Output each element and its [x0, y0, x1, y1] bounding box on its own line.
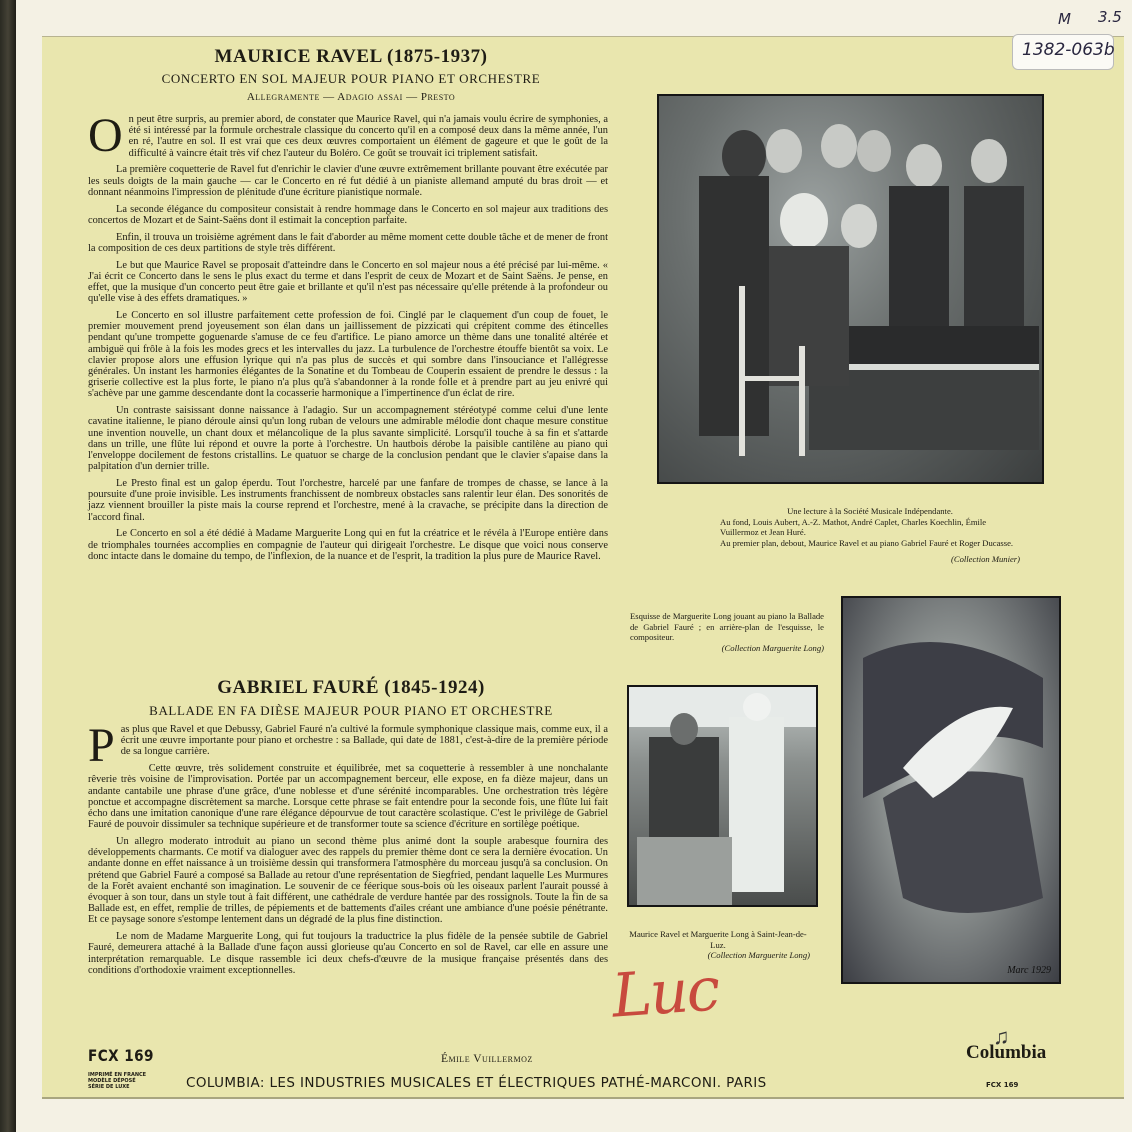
ravel-heading: MAURICE RAVEL (1875-1937) — [82, 46, 620, 68]
ravel-paragraph: Le Concerto en sol illustre parfaitement… — [88, 310, 608, 400]
columbia-logo: Columbia — [966, 1042, 1046, 1064]
publisher-footer: COLUMBIA: LES INDUSTRIES MUSICALES ET ÉL… — [186, 1075, 767, 1091]
ravel-notes: On peut être surpris, au premier abord, … — [88, 114, 608, 568]
logo-catalog-number: FCX 169 — [986, 1081, 1018, 1089]
faure-notes: Pas plus que Ravel et que Debussy, Gabri… — [88, 724, 608, 982]
ravel-paragraph: Un contraste saisissant donne naissance … — [88, 405, 608, 472]
ravel-movements: Allegramente — Adagio assai — Presto — [82, 91, 620, 103]
faure-paragraph: Un allegro moderato introduit au piano u… — [88, 836, 608, 926]
handwritten-note-left: M — [1058, 10, 1071, 28]
sticker-code: 1382-063b — [1022, 40, 1115, 60]
handwritten-signature: Luc — [610, 954, 721, 1031]
faure-paragraph: Le nom de Madame Marguerite Long, qui fu… — [88, 931, 608, 976]
ravel-paragraph: Le Concerto en sol a été dédié à Madame … — [88, 528, 608, 562]
piano-group-photo-icon — [659, 96, 1042, 482]
sleeve-spine-edge — [0, 0, 16, 1132]
ravel-paragraph: La seconde élégance du compositeur consi… — [88, 204, 608, 226]
dropcap: O — [88, 116, 123, 156]
beach-photo-icon — [629, 687, 816, 905]
catalog-number: FCX 169 — [88, 1046, 154, 1065]
ravel-paragraph: Enfin, il trouva un troisième agrément d… — [88, 232, 608, 254]
handwritten-note-right: 3.5 — [1098, 8, 1122, 26]
ravel-paragraph: La première coquetterie de Ravel fut d'e… — [88, 164, 608, 198]
ravel-paragraph: Le but que Maurice Ravel se proposait d'… — [88, 260, 608, 305]
ravel-paragraph: Le Presto final est un galop éperdu. Tou… — [88, 478, 608, 523]
faure-work-title: BALLADE EN FA DIÈSE MAJEUR POUR PIANO ET… — [82, 703, 620, 719]
photo-saint-jean-de-luz — [627, 685, 818, 907]
faure-paragraph: Pas plus que Ravel et que Debussy, Gabri… — [88, 724, 608, 758]
ravel-work-title: CONCERTO EN SOL MAJEUR POUR PIANO ET ORC… — [82, 71, 620, 87]
ravel-paragraph: On peut être surpris, au premier abord, … — [88, 114, 608, 159]
sketch-marguerite-long: Marc 1929 — [841, 596, 1061, 984]
faure-heading: GABRIEL FAURÉ (1845-1924) — [82, 677, 620, 699]
author-signature: Émile Vuillermoz — [441, 1053, 533, 1065]
charcoal-sketch-icon — [843, 598, 1059, 982]
artist-signature: Marc 1929 — [1007, 965, 1051, 976]
dropcap: P — [88, 726, 115, 766]
photo2-caption: Maurice Ravel et Marguerite Long à Saint… — [626, 929, 810, 961]
photo1-caption: Une lecture à la Société Musicale Indépe… — [720, 506, 1020, 565]
photo-piano-reading — [657, 94, 1044, 484]
sketch-caption: Esquisse de Marguerite Long jouant au pi… — [630, 611, 824, 653]
catalog-fine-print: IMPRIMÉ EN FRANCE MODÈLE DÉPOSÉ SÉRIE DE… — [88, 1072, 146, 1090]
faure-paragraph: Cette œuvre, très solidement construite … — [88, 763, 608, 830]
